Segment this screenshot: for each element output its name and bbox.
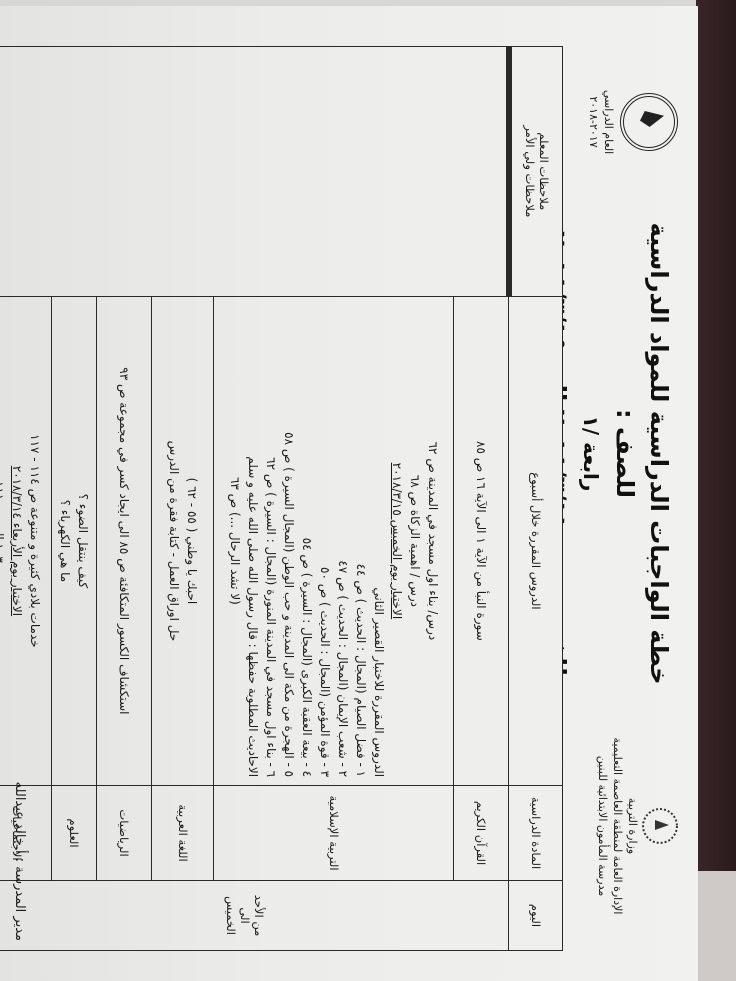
header-notes: ملاحظات المعلم ملاحظات ولي الأمر — [509, 47, 563, 297]
lesson-line: كيف ينتقل الضوء ؟ — [75, 305, 93, 777]
lesson-line: استكشاف الكسور المتكافئة ص ٨٥ الى ايجاد … — [116, 305, 134, 777]
lesson-line: (لا تشد الرحال ...) ص ٦٣ — [226, 305, 244, 777]
lessons-cell: استكشاف الكسور المتكافئة ص ٨٥ الى ايجاد … — [97, 296, 152, 785]
subject-cell: العلوم — [52, 786, 97, 881]
lesson-line: درس / اهمية الزكاة ص ٦٨ — [406, 305, 424, 777]
lesson-line: ٣ - قوة المؤمن (المجال : الحديث ) ص ٥٠ — [316, 305, 334, 777]
lesson-line: ٦ - بناء اول مسجد في المدينة المنورة (ال… — [262, 305, 280, 777]
lessons-cell: درس/ بناء اول مسجد في المدينة ص ٦٢ درس /… — [214, 296, 454, 785]
lessons-cell: احبك يا وطني ( ٥٥ - ٦٢ ) حل اوراق العمل … — [152, 296, 214, 785]
title-line: خطة الواجبات الدراسية للمواد الدراسية لل… — [608, 206, 676, 701]
school-seal-block: العام الدراسي ٢٠١٧-٢٠١٨ — [586, 52, 678, 192]
lesson-line: سورة النبأ من الآية ١ الى الآية ١٦ ص ٨٥ — [473, 305, 491, 777]
header-lessons: الدروس المقررة خلال أسبوع — [509, 296, 563, 785]
header-notes-parent: ملاحظات ولي الأمر — [523, 55, 537, 288]
school-seal-icon — [620, 93, 678, 151]
lesson-line: ٤ - بيعة العقبة الكبرى (المجال : السيرة … — [298, 305, 316, 777]
class-name: رابعة /١ — [574, 206, 608, 701]
lessons-cell: خدمات بلادي كثيرة و متنوعة ص ١١٤ - ١١٧ ا… — [0, 296, 52, 785]
notes-cell[interactable] — [0, 47, 509, 297]
subject-cell: القرآن الكريم — [454, 786, 509, 881]
homework-plan-sheet: وزارة التربية الإدارة العامة لمنطقة العا… — [0, 6, 698, 981]
table-header-row: اليوم المادة الدراسية الدروس المقررة خلا… — [509, 47, 563, 951]
header-day: اليوم — [509, 881, 563, 951]
principal-signature: مدير المدرسة : أ.خالد عبدالله — [12, 782, 27, 941]
day-cell: من الأحد الى الخميس — [0, 881, 509, 951]
lesson-line: من ص ١٠٣ الى ص ١١١ — [0, 305, 8, 777]
lessons-cell: كيف ينتقل الضوء ؟ ما هي الكهرباء ؟ — [52, 296, 97, 785]
lesson-line: ما هي الكهرباء ؟ — [57, 305, 75, 777]
lesson-line: ١ - فضل الصيام (المجال : الحديث ) ص ٤٤ — [352, 305, 370, 777]
homework-table: اليوم المادة الدراسية الدروس المقررة خلا… — [0, 46, 563, 951]
lessons-cell: سورة النبأ من الآية ١ الى الآية ١٦ ص ٨٥ — [454, 296, 509, 785]
lesson-line: ٢ - شعب الإيمان (المجال : الحديث ) ص ٤٧ — [334, 305, 352, 777]
lesson-line: الاحاديث المطلوبة حفظها : قال رسول الله … — [244, 305, 262, 777]
subject-cell: الرياضيات — [97, 786, 152, 881]
lesson-line: الاختبار يوم الأربعاء ٢٠١٨/٣/١٤ — [8, 305, 26, 777]
academic-year-label: العام الدراسي — [601, 52, 616, 192]
lesson-line: الدروس المقررة للاختبار القصير الثاني — [370, 305, 388, 777]
school-name: مدرسة المأمون الابتدائية للبنين — [595, 711, 610, 941]
lesson-line: خدمات بلادي كثيرة و متنوعة ص ١١٤ - ١١٧ — [26, 305, 44, 777]
subject-cell: التربية الإسلامية — [214, 786, 454, 881]
background-desk — [696, 0, 736, 981]
header-subject: المادة الدراسية — [509, 786, 563, 881]
lesson-line: ٥ - الهجرة من مكة الى المدينة و حب الوطن… — [280, 305, 298, 777]
lesson-line: درس/ بناء اول مسجد في المدينة ص ٦٢ — [424, 305, 442, 777]
lesson-line: الاختبار يوم الخميس ٢٠١٨/٣/١٥ — [388, 305, 406, 777]
lesson-line: حل اوراق العمل - كتابة فقرة من الدرس — [165, 305, 183, 777]
academic-year: ٢٠١٧-٢٠١٨ — [586, 52, 601, 192]
ministry-name: وزارة التربية — [625, 711, 640, 941]
directorate-name: الإدارة العامة لمنطقة العاصمة التعليمية — [610, 711, 625, 941]
header-notes-teacher: ملاحظات المعلم — [537, 55, 551, 288]
lesson-line: احبك يا وطني ( ٥٥ - ٦٢ ) — [183, 305, 201, 777]
subject-cell: اللغة العربية — [152, 786, 214, 881]
ministry-header: وزارة التربية الإدارة العامة لمنطقة العا… — [595, 711, 678, 941]
table-row: من الأحد الى الخميس القرآن الكريم سورة ا… — [454, 47, 509, 951]
ministry-emblem-icon — [642, 808, 678, 844]
